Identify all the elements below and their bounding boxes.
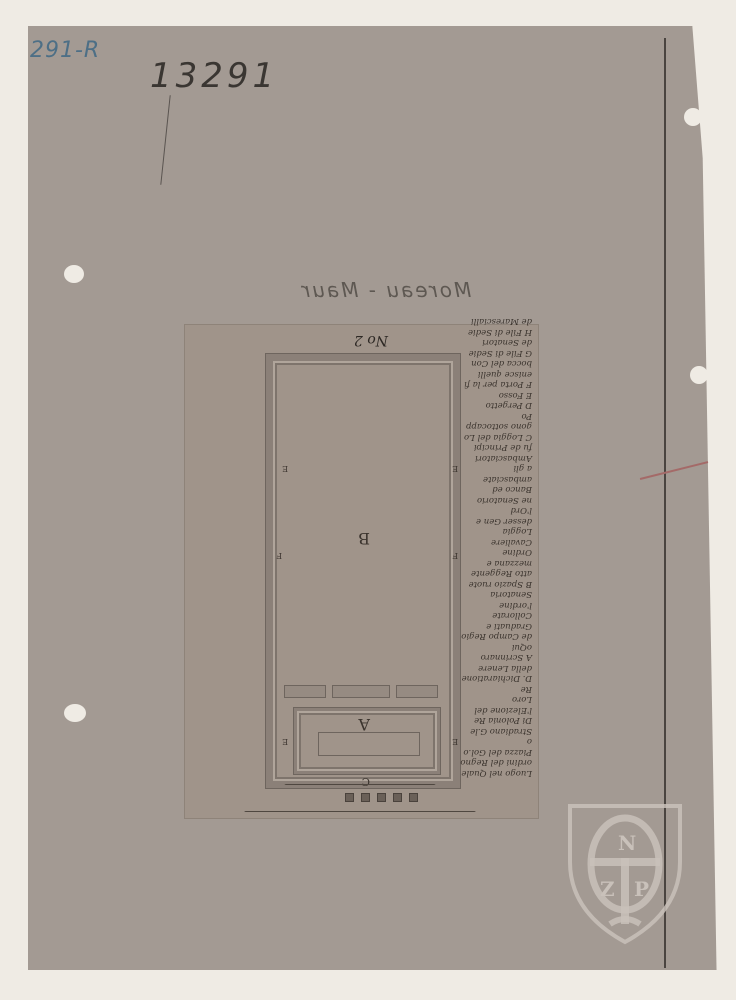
punch-hole-left-top	[64, 265, 84, 283]
legend-line: enisce quelli	[460, 369, 532, 380]
archive-reference: 291-R	[30, 38, 100, 63]
wall-mark-e: E	[282, 737, 288, 746]
legend-line: G File di Sedie	[460, 348, 532, 359]
seat-marker	[361, 793, 370, 802]
seat-marker	[393, 793, 402, 802]
bench-row	[396, 685, 438, 698]
legend-line: C Loggia del Lo	[460, 432, 532, 443]
room-letter-b: B	[358, 529, 370, 548]
enclosure-a-inner	[318, 732, 420, 756]
wall-mark-e: E	[452, 737, 458, 746]
legend-line: D Pergetto	[460, 400, 532, 411]
legend-line: E Fosso	[460, 390, 532, 401]
room-letter-a: A	[358, 715, 370, 734]
legend-line: A Scrinnaro oQui	[460, 642, 532, 663]
legend-line: gono sottocapp	[460, 421, 532, 432]
legend-line: mezzana e Ordine	[460, 547, 532, 568]
legend-line: atto Reggente	[460, 568, 532, 579]
legend-line: Banco ed ambasciate	[460, 474, 532, 495]
plate-number: No 2	[354, 332, 388, 348]
legend-line: fu de Principi	[460, 442, 532, 453]
punch-hole-right-top	[684, 108, 702, 126]
archive-watermark-shield-icon: N Z P	[566, 802, 684, 946]
legend-line: bocca del Con	[460, 358, 532, 369]
floor-plan-photograph: No 2 A B C E E E E F F Luogo nel Quale o…	[185, 325, 538, 818]
legend-line: Di Polonia Re	[460, 715, 532, 726]
legend-line: Loro	[460, 694, 532, 705]
legend-line: D. Dichiaratione della Lenere	[460, 663, 532, 684]
bench-row	[284, 685, 326, 698]
legend-line: l'ordine Senatoria	[460, 589, 532, 610]
punch-hole-right-bottom	[690, 366, 708, 384]
punch-hole-left-bottom	[64, 704, 86, 722]
legend-line: Luogo nel Quale ordini del Regno	[460, 757, 532, 778]
catalog-number: 13291	[150, 56, 278, 96]
legend-line: Piazza del Gol.o o	[460, 736, 532, 757]
mirrored-handwritten-note: Moreau - Maur	[300, 278, 471, 302]
legend-line: Stradiano G.le	[460, 726, 532, 737]
legend-line: F Porta per la fi	[460, 379, 532, 390]
legend-line: de Campo Regio Graduati e Collorate	[460, 610, 532, 642]
seat-marker	[345, 793, 354, 802]
wall-mark-f: F	[452, 551, 458, 560]
watermark-letter-z: Z	[600, 877, 615, 901]
seat-marker	[377, 793, 386, 802]
watermark-letter-p: P	[634, 877, 649, 901]
legend-line: l'Elezione del	[460, 705, 532, 716]
legend-line: de Senatori	[460, 337, 532, 348]
legend-line: Po	[460, 411, 532, 422]
floor-plan-rotated: No 2 A B C E E E E F F Luogo nel Quale o…	[185, 325, 538, 818]
bench-row	[332, 685, 390, 698]
legend-line: Cavaliere Loggia	[460, 526, 532, 547]
tribune-c	[244, 784, 476, 812]
legend-line: B Spazio ruote	[460, 579, 532, 590]
wall-mark-e: E	[282, 464, 288, 473]
legend-line: de Marescialli	[460, 316, 532, 327]
legend-line: desser Gen e l'Ord	[460, 505, 532, 526]
wall-mark-f: F	[276, 551, 282, 560]
legend-line: a gli Ambasciatori	[460, 453, 532, 474]
wall-mark-e: E	[452, 464, 458, 473]
plan-legend: Luogo nel Quale ordini del Regno Piazza …	[460, 316, 532, 778]
watermark-letter-n: N	[618, 831, 636, 855]
legend-line: H File di Sedie	[460, 327, 532, 338]
legend-line: Re	[460, 684, 532, 695]
seat-marker	[409, 793, 418, 802]
legend-line: ne Senatorio	[460, 495, 532, 506]
